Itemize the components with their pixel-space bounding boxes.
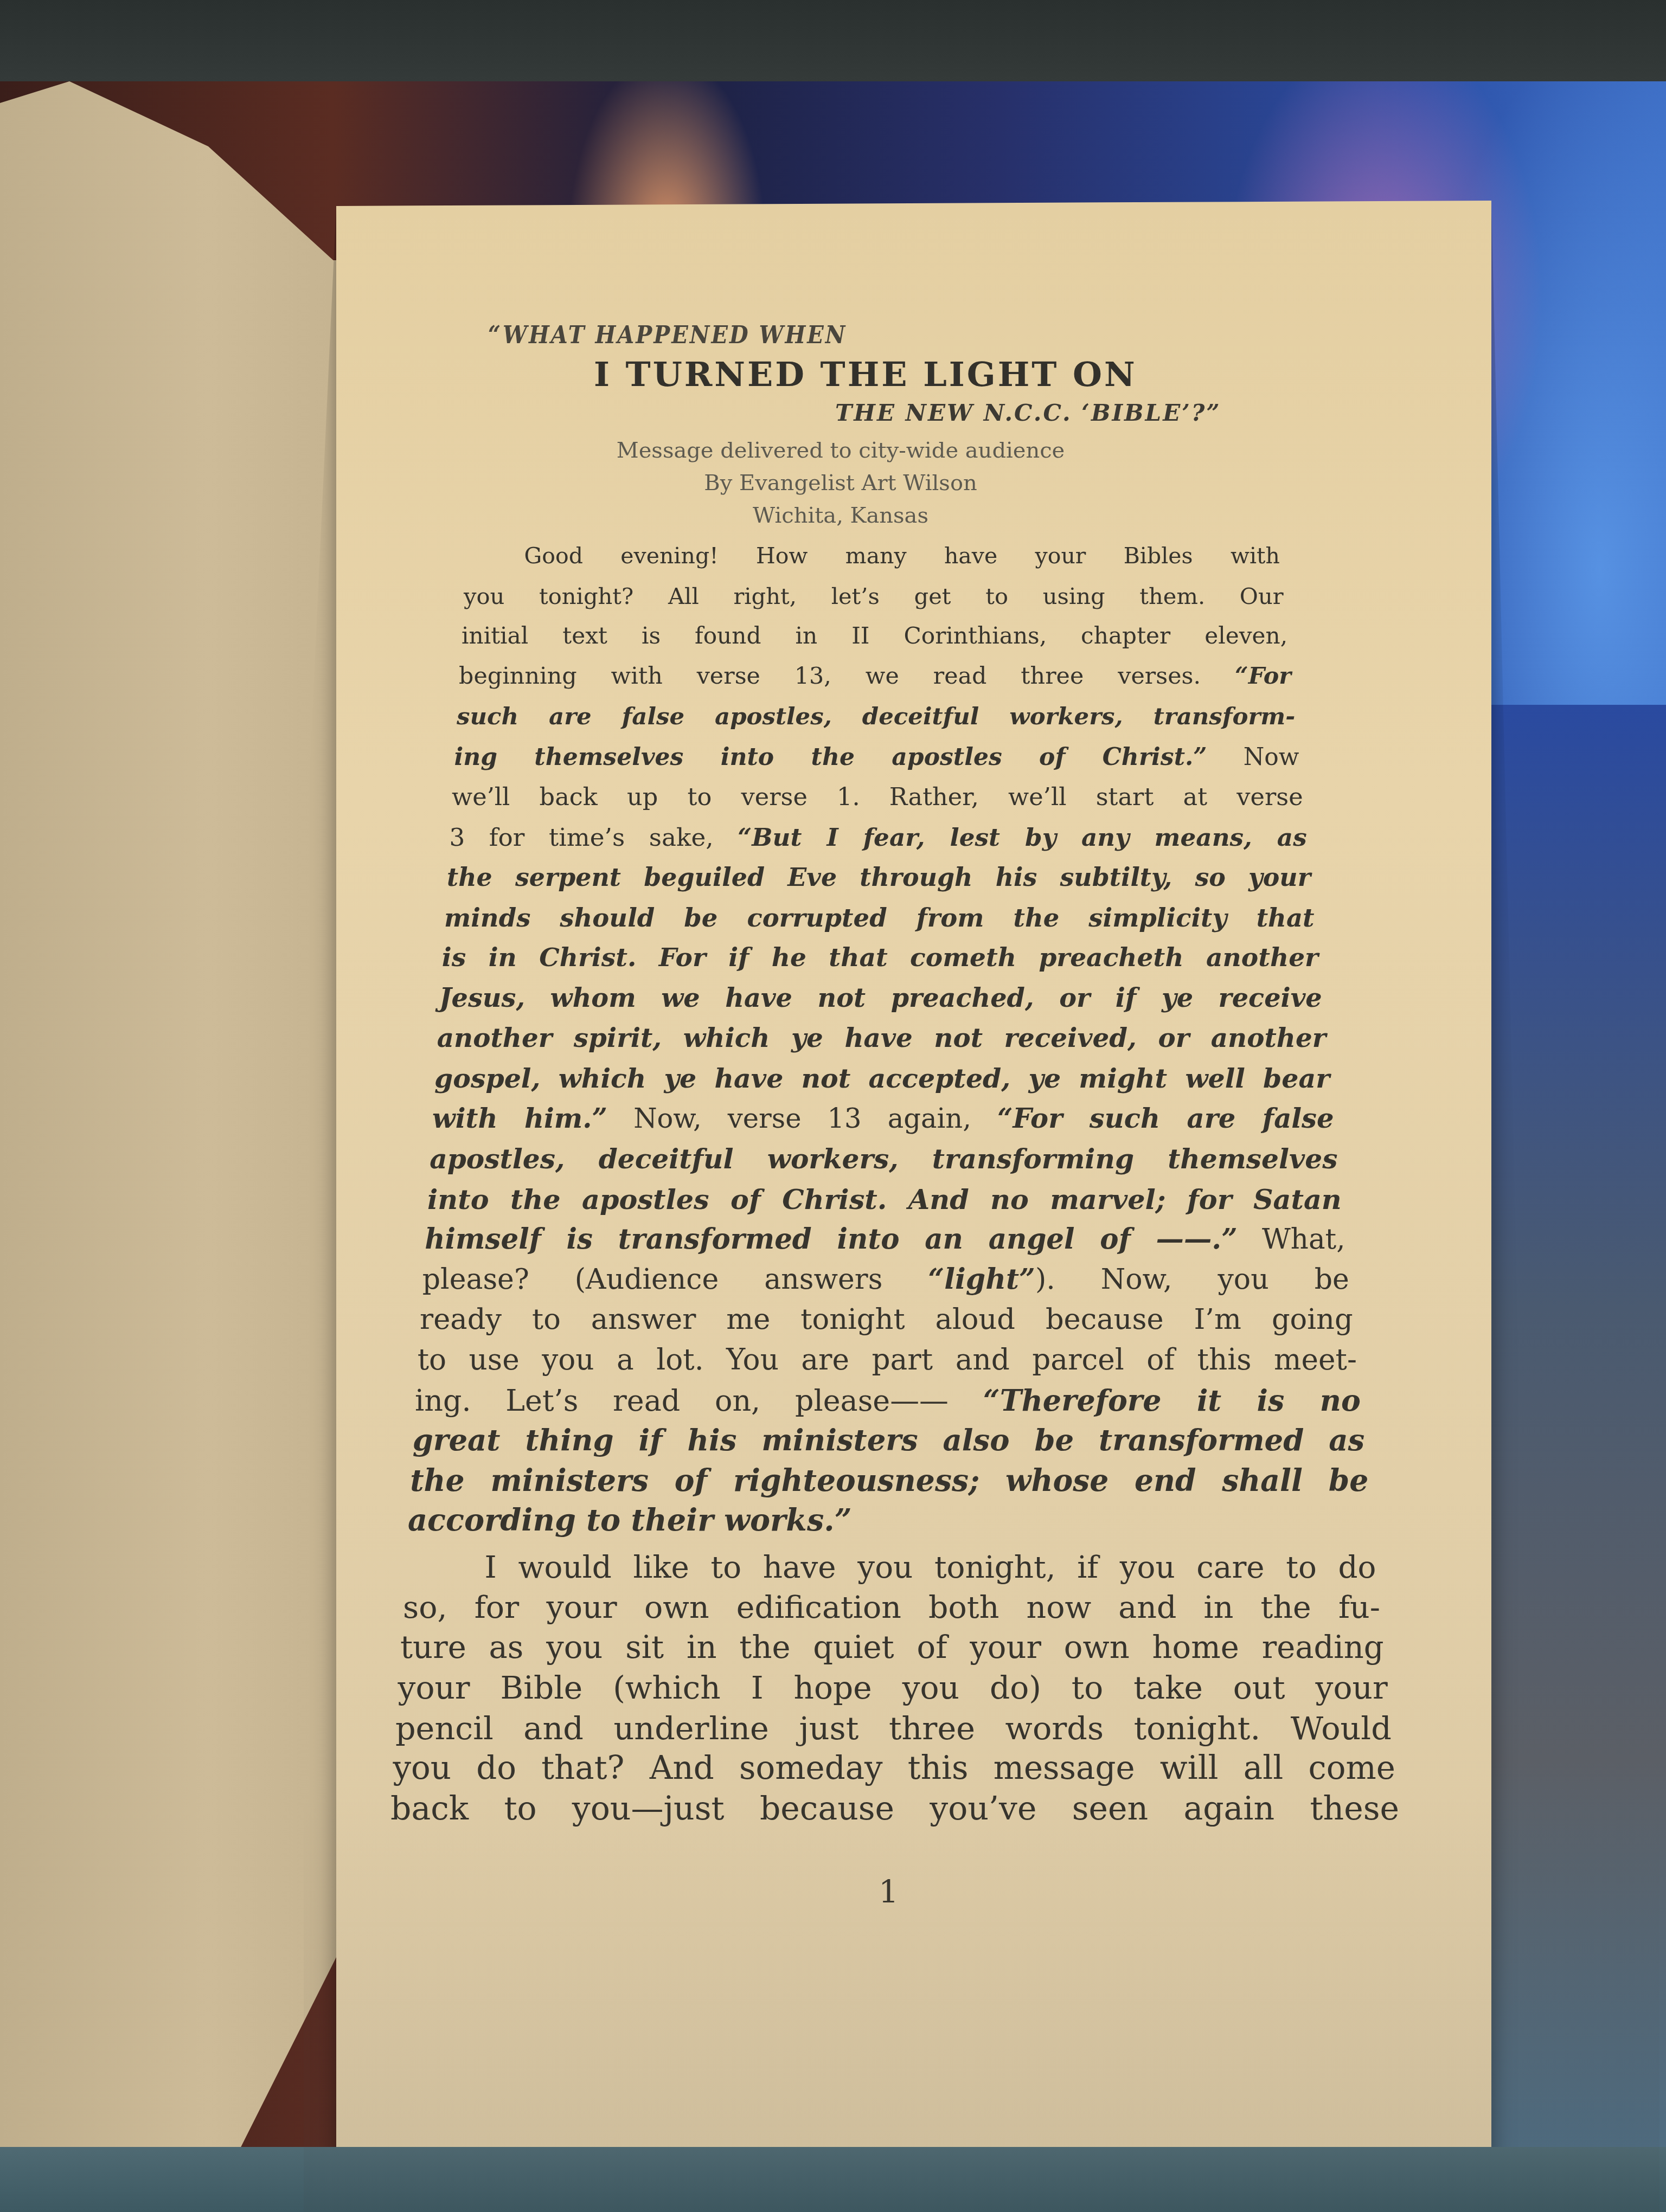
sermon-text: Now, verse 13 again, — [607, 1103, 997, 1134]
left-blank-page — [0, 81, 347, 2212]
scripture-quote: “For — [1235, 663, 1291, 690]
text-line: 3 for time’s sake, “But I fear, lest by … — [449, 821, 1306, 854]
page-title: I TURNED THE LIGHT ON — [594, 355, 1291, 394]
text-line: your Bible (which I hope you do) to take… — [398, 1668, 1388, 1709]
sermon-text: beginning with verse 13, we read three v… — [459, 663, 1235, 690]
scripture-quote-line: is in Christ. For if he that cometh prea… — [442, 941, 1318, 974]
sermon-text: ). Now, you be — [1035, 1263, 1349, 1296]
scripture-quote-line: such are false apostles, deceitful worke… — [457, 702, 1295, 732]
scripture-quote-line: into the apostles of Christ. And no marv… — [427, 1181, 1342, 1217]
text-line: beginning with verse 13, we read three v… — [459, 661, 1291, 692]
scripture-quote: “But I fear, lest by any means, as — [738, 822, 1306, 852]
scripture-quote-line: apostles, deceitful workers, transformin… — [430, 1141, 1337, 1176]
title-kicker: “WHAT HAPPENED WHEN — [488, 321, 1291, 350]
text-line: back to you—just because you’ve seen aga… — [390, 1787, 1399, 1830]
page-number: 1 — [879, 1873, 899, 1910]
scripture-quote-line: according to their works.” — [408, 1501, 1373, 1540]
scripture-quote: “light” — [928, 1263, 1035, 1296]
surface-below-booklet — [0, 2147, 1666, 2212]
text-line: with him.” Now, verse 13 again, “For suc… — [432, 1101, 1334, 1136]
scripture-quote: with him.” — [432, 1102, 607, 1134]
delivery-note: Message delivered to city-wide audience — [488, 438, 1193, 463]
text-line: Good evening! How many have your Bibles … — [466, 542, 1280, 570]
text-line: to use you a lot. You are part and parce… — [418, 1341, 1357, 1379]
text-line: we’ll back up to verse 1. Rather, we’ll … — [452, 781, 1303, 813]
text-line: ing themselves into the apostles of Chri… — [454, 742, 1299, 773]
text-line: I would like to have you tonight, if you… — [405, 1548, 1376, 1587]
sermon-text: Now — [1207, 743, 1299, 771]
scripture-quote-line: Jesus, whom we have not preached, or if … — [439, 981, 1322, 1015]
sermon-text: 3 for time’s sake, — [449, 823, 738, 852]
text-line: pencil and underline just three words to… — [395, 1708, 1392, 1749]
title-block: “WHAT HAPPENED WHEN I TURNED THE LIGHT O… — [477, 323, 1291, 528]
text-line: so, for your own edification both now an… — [403, 1587, 1380, 1628]
scripture-quote-line: minds should be corrupted from the simpl… — [444, 902, 1315, 934]
text-line: you tonight? All right, let’s get to usi… — [464, 582, 1284, 611]
text-line: please? (Audience answers “light”). Now,… — [422, 1261, 1349, 1298]
location-line: Wichita, Kansas — [488, 503, 1193, 528]
scripture-quote-line: another spirit, which ye have not receiv… — [437, 1021, 1326, 1056]
scripture-quote-line: great thing if his ministers also be tra… — [413, 1421, 1364, 1459]
title-subhead: THE NEW N.C.C. ‘BIBLE’?” — [835, 400, 1291, 426]
text-line: ready to answer me tonight aloud because… — [420, 1301, 1353, 1338]
scripture-quote: “Therefore it is no — [983, 1383, 1361, 1418]
sermon-text: please? (Audience answers — [422, 1263, 928, 1296]
scripture-quote-line: the ministers of righteousness; whose en… — [410, 1461, 1368, 1500]
author-line: By Evangelist Art Wilson — [488, 471, 1193, 496]
text-line: initial text is found in II Corinthians,… — [462, 621, 1287, 651]
text-line: ture as you sit in the quiet of your own… — [400, 1628, 1384, 1668]
scripture-quote: ing themselves into the apostles of Chri… — [454, 743, 1207, 771]
text-line: ing. Let’s read on, please—— “Therefore … — [415, 1381, 1361, 1420]
sermon-text: ing. Let’s read on, please—— — [415, 1384, 983, 1418]
sermon-text: What, — [1238, 1223, 1345, 1256]
scripture-quote: “For such are false — [997, 1102, 1334, 1134]
scripture-quote-line: the serpent beguiled Eve through his sub… — [447, 861, 1311, 894]
text-line: himself is transformed into an angel of … — [425, 1221, 1345, 1258]
scripture-quote: himself is transformed into an angel of … — [425, 1223, 1238, 1256]
scripture-quote-line: gospel, which ye have not accepted, ye m… — [434, 1062, 1330, 1096]
text-line: you do that? And someday this message wi… — [393, 1747, 1395, 1789]
